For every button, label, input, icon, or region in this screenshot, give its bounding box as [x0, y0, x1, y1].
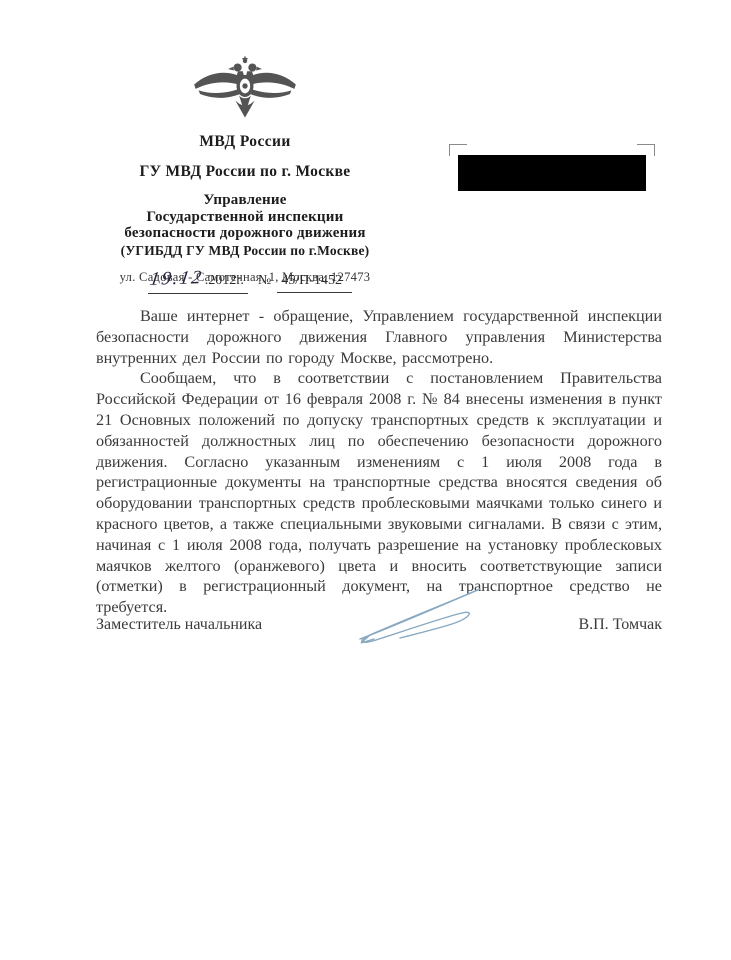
scanned-letter-page: МВД России ГУ МВД России по г. Москве Уп… [0, 0, 731, 960]
number-sign: № [258, 273, 271, 288]
redaction-box [458, 155, 646, 191]
org-name-mvd: МВД России [55, 133, 435, 151]
signer-title: Заместитель начальника [96, 616, 262, 634]
letterhead: МВД России ГУ МВД России по г. Москве Уп… [55, 55, 435, 285]
body-paragraph-1: Ваше интернет - обращение, Управлением г… [96, 306, 662, 368]
signature-row: Заместитель начальника В.П. Томчак [96, 616, 662, 634]
handwritten-date: 19.12 [148, 267, 204, 291]
department-abbreviation: (УГИБДД ГУ МВД России по г.Москве) [55, 243, 435, 260]
outgoing-number: 45/П-1452 [277, 273, 352, 293]
mvd-eagle-emblem-icon [189, 55, 301, 125]
body-paragraph-2: Сообщаем, что в соответствии с постановл… [96, 368, 662, 618]
reference-line: 19.12.2012г.№45/П-1452 [148, 268, 352, 294]
date-field: 19.12.2012г. [148, 268, 248, 294]
department-line3: безопасности дорожного движения [55, 225, 435, 242]
department-line2: Государственной инспекции [55, 209, 435, 226]
letter-body: Ваше интернет - обращение, Управлением г… [96, 306, 662, 618]
department-line1: Управление [55, 192, 435, 209]
signer-name: В.П. Томчак [578, 616, 662, 634]
department-name: Управление Государственной инспекции без… [55, 192, 435, 259]
printed-year: .2012г. [205, 273, 244, 288]
org-name-gu-mvd: ГУ МВД России по г. Москве [55, 163, 435, 181]
